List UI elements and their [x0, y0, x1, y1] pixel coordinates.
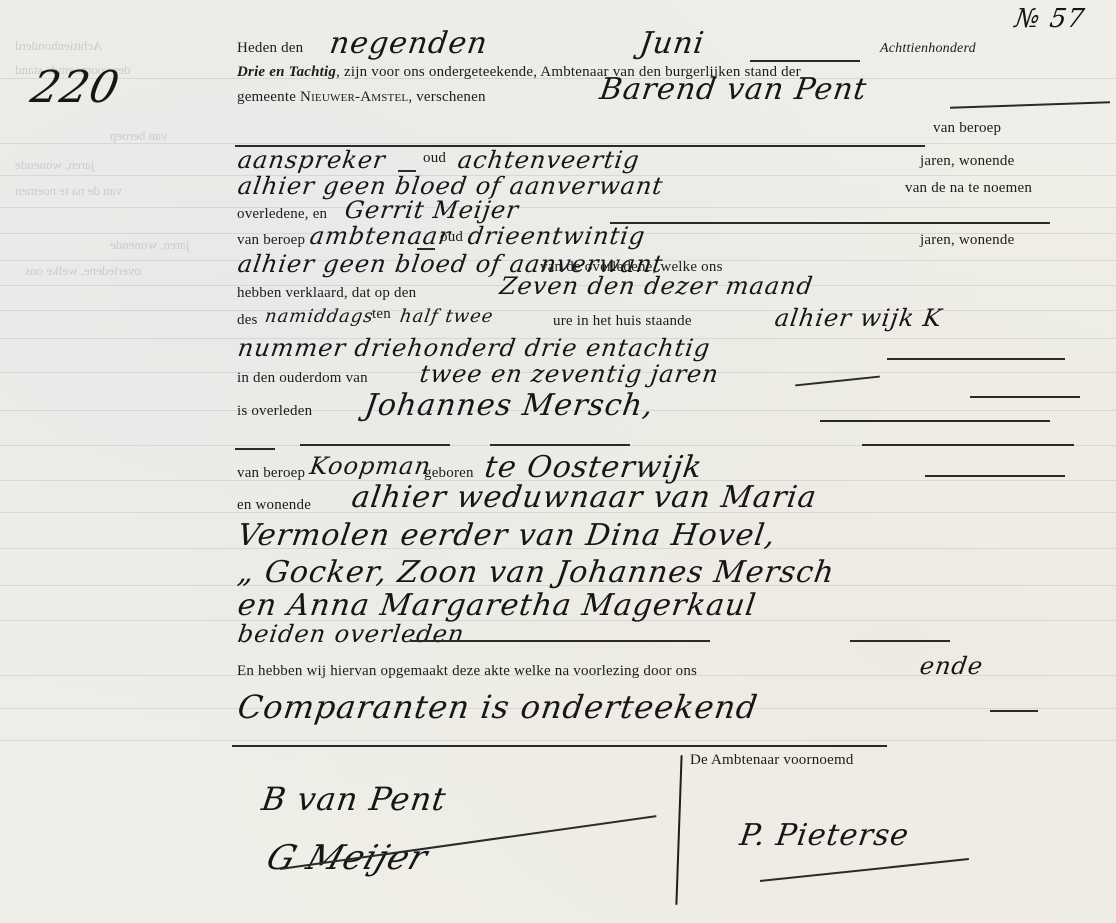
paper-ruling — [0, 740, 1116, 741]
fill-line — [925, 475, 1065, 477]
label-van-de-na-te-noemen: van de na te noemen — [905, 180, 1032, 197]
document-page: Achttienhonderd der voornoemde stand van… — [0, 0, 1116, 923]
label-jaren-wonende: jaren, wonende — [920, 153, 1014, 170]
municipality-name: Nieuwer-Amstel — [300, 89, 408, 105]
bleed-through-text: van de na te noemen — [15, 183, 122, 199]
fill-line — [970, 396, 1080, 398]
hour: half twee — [399, 306, 495, 327]
fill-line — [750, 60, 860, 62]
signature-official: P. Pieterse — [738, 818, 912, 853]
label-ure-in-het-huis: ure in het huis staande — [553, 313, 692, 330]
label-van-beroep-2: van beroep — [237, 232, 305, 249]
label-overledene-en: overledene, en — [237, 206, 327, 223]
residence-line-1: alhier weduwnaar van Maria — [350, 480, 820, 515]
house-location: alhier wijk K — [773, 304, 944, 332]
label-verschenen: , verschenen — [408, 89, 485, 105]
fill-line — [795, 376, 880, 387]
paper-ruling — [0, 143, 1116, 144]
closing-sentence: En hebben wij hiervan opgemaakt deze akt… — [237, 663, 697, 680]
bleed-through-text: jaren, wonende — [15, 157, 94, 173]
fill-line — [490, 444, 630, 446]
page-number: № 57 — [1013, 4, 1087, 34]
fill-line — [820, 420, 1050, 422]
line-3: gemeente Nieuwer-Amstel, verschenen — [237, 89, 486, 106]
deceased-occupation: Koopman — [308, 452, 433, 480]
paper-ruling — [0, 310, 1116, 311]
declarant2-occupation: ambtenaar — [308, 222, 453, 250]
label-van-beroep: van beroep — [933, 120, 1001, 137]
house-number: nummer driehonderd drie entachtig — [236, 334, 712, 362]
closing-comparanten: Comparanten is onderteekend — [235, 688, 760, 726]
label-heden-den: Heden den — [237, 40, 303, 57]
label-gemeente: gemeente — [237, 89, 300, 105]
residence-line-5: beiden overleden — [236, 620, 466, 648]
fill-line — [410, 640, 710, 642]
label-en-wonende: en wonende — [237, 497, 311, 514]
fill-line — [862, 444, 1074, 446]
value-month: Juni — [638, 26, 707, 61]
value-day: negenden — [328, 26, 491, 61]
label-in-den-ouderdom: in den ouderdom van — [237, 370, 368, 387]
fill-line — [610, 222, 1050, 224]
residence-line-3: „ Gocker, Zoon van Johannes Mersch — [236, 555, 837, 590]
death-date: Zeven den dezer maand — [498, 272, 815, 300]
signature-declarant-1: B van Pent — [259, 780, 448, 818]
fill-line — [300, 444, 450, 446]
declarant1-age: achtenveertig — [456, 146, 642, 174]
bleed-through-text: Achttienhonderd — [15, 38, 102, 54]
bleed-through-text: jaren, wonende — [110, 237, 189, 253]
declarant1-name: Barend van Pent — [598, 72, 870, 107]
closing-ende: ende — [918, 652, 985, 680]
residence-line-4: en Anna Margaretha Magerkaul — [236, 588, 759, 623]
label-is-overleden: is overleden — [237, 403, 312, 420]
label-jaren-wonende-2: jaren, wonende — [920, 232, 1014, 249]
declarant1-occupation: aanspreker — [236, 146, 388, 174]
label-oud: oud — [423, 150, 446, 167]
fill-line — [990, 710, 1038, 712]
fill-line — [850, 640, 950, 642]
label-des: des — [237, 312, 258, 329]
year-italic: Drie en Tachtig — [237, 64, 336, 80]
fill-line — [232, 745, 887, 747]
age-at-death: twee en zeventig jaren — [418, 360, 721, 388]
label-achttienhonderd: Achttienhonderd — [880, 41, 976, 57]
record-number: 220 — [27, 62, 125, 113]
bleed-through-text: van beroep — [110, 128, 167, 144]
fill-line — [950, 101, 1110, 109]
label-hebben-verklaard: hebben verklaard, dat op den — [237, 285, 416, 302]
label-van-beroep-3: van beroep — [237, 465, 305, 482]
signature-divider — [675, 755, 682, 905]
signature-flourish — [760, 858, 969, 881]
declarant2-age: drieentwintig — [466, 222, 647, 250]
label-ten: ten — [372, 306, 391, 323]
deceased-name: Johannes Mersch, — [363, 388, 656, 423]
fill-line — [887, 358, 1065, 360]
paper-ruling — [0, 207, 1116, 208]
time-of-day: namiddags — [264, 306, 376, 327]
bleed-through-text: overledene, welke ons — [25, 263, 141, 279]
fill-line — [235, 448, 275, 450]
residence-line-2: Vermolen eerder van Dina Hovel, — [236, 518, 778, 553]
label-ambtenaar-voornoemd: De Ambtenaar voornoemd — [690, 752, 854, 769]
declarant2-name: Gerrit Meijer — [343, 196, 521, 224]
label-oud-2: oud — [440, 229, 463, 246]
